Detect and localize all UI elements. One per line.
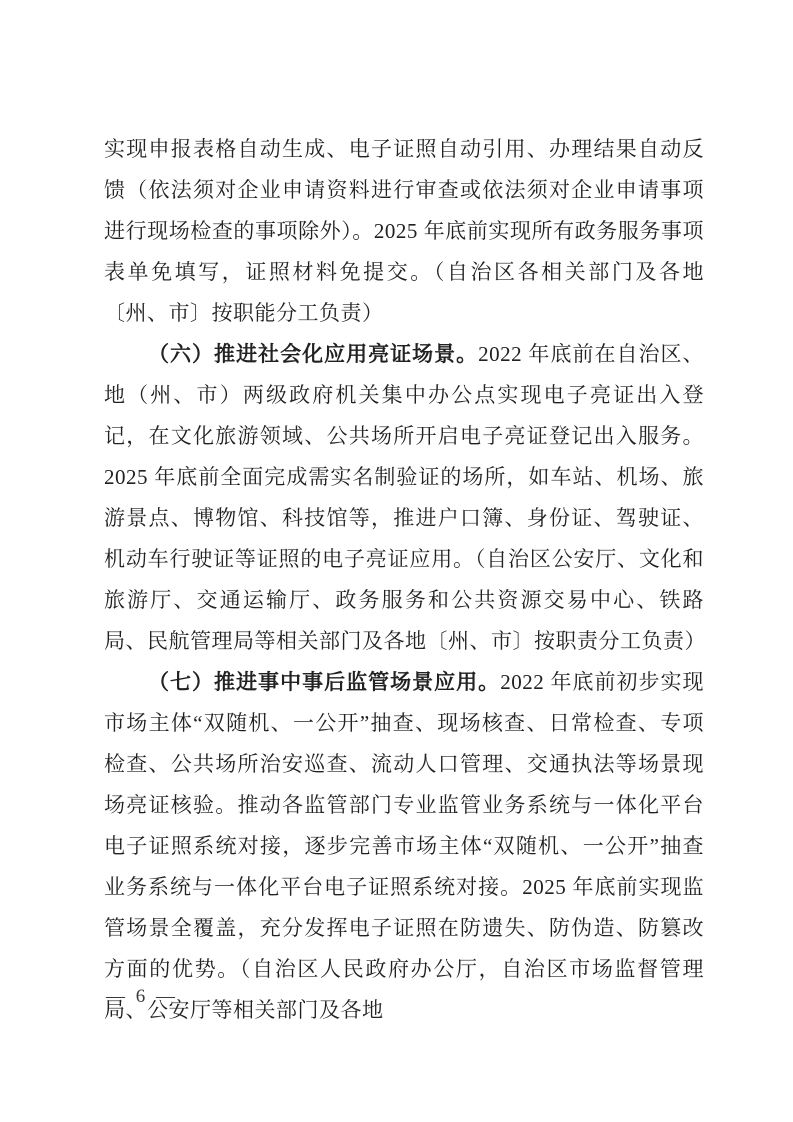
paragraph-body: 2022 年底前在自治区、地（州、市）两级政府机关集中办公点实现电子亮证出入登记…	[104, 342, 706, 653]
paragraph: 实现申报表格自动生成、电子证照自动引用、办理结果自动反馈（依法须对企业申请资料进…	[104, 129, 704, 334]
paragraph: （六）推进社会化应用亮证场景。2022 年底前在自治区、地（州、市）两级政府机关…	[104, 334, 704, 662]
text-block: 实现申报表格自动生成、电子证照自动引用、办理结果自动反馈（依法须对企业申请资料进…	[104, 129, 704, 1031]
paragraph: （七）推进事中事后监管场景应用。2022 年底前初步实现市场主体“双随机、一公开…	[104, 662, 704, 1031]
document-page: 实现申报表格自动生成、电子证照自动引用、办理结果自动反馈（依法须对企业申请资料进…	[0, 0, 793, 1122]
page-number: — 6 —	[106, 985, 178, 1009]
paragraph-body: 实现申报表格自动生成、电子证照自动引用、办理结果自动反馈（依法须对企业申请资料进…	[104, 137, 704, 325]
paragraph-head: （六）推进社会化应用亮证场景。	[148, 342, 478, 366]
paragraph-head: （七）推进事中事后监管场景应用。	[148, 670, 500, 694]
paragraph-body: 2022 年底前初步实现市场主体“双随机、一公开”抽查、现场核查、日常检查、专项…	[104, 670, 704, 1022]
